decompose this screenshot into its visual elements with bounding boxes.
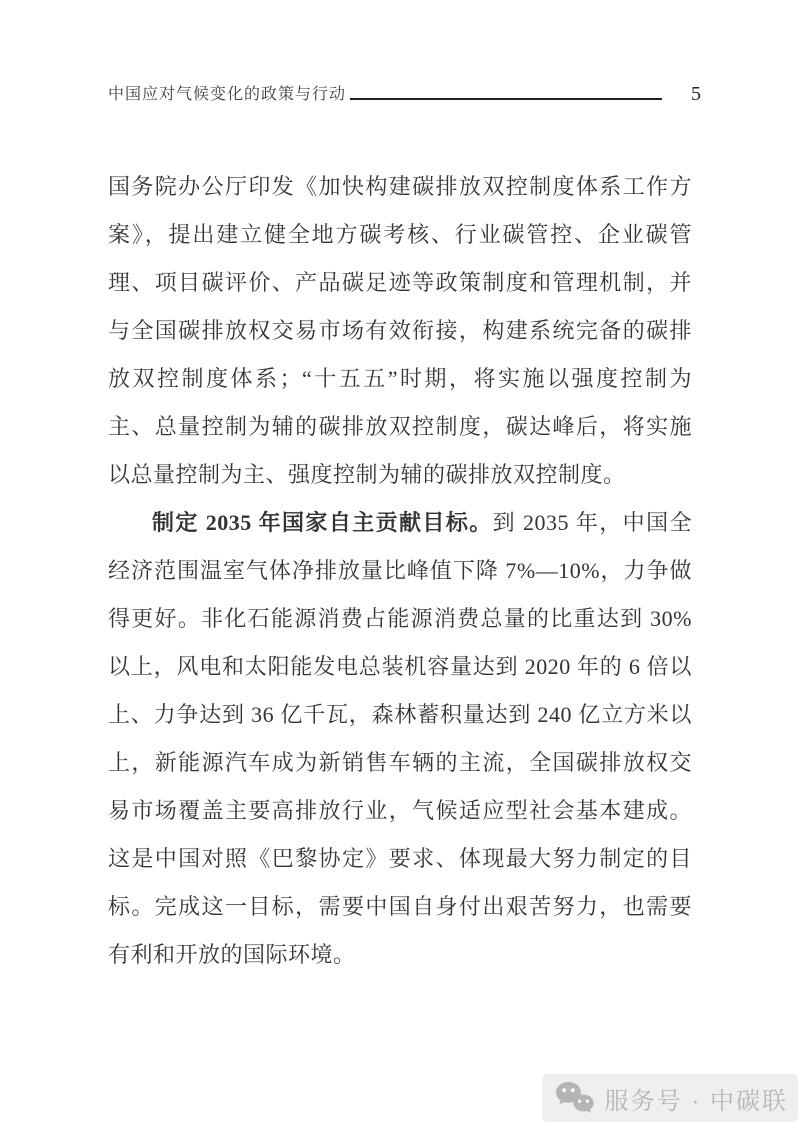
body-line: 制定 2035 年国家自主贡献目标。到 2035 年，中国全 bbox=[108, 499, 692, 547]
wechat-icon bbox=[554, 1080, 596, 1116]
body-line: 案》，提出建立健全地方碳考核、行业碳管控、企业碳管 bbox=[108, 211, 692, 259]
body-line: 这是中国对照《巴黎协定》要求、体现最大努力制定的目 bbox=[108, 835, 692, 883]
body-text-segment: 经济范围温室气体净排放量比峰值下降 7%—10%，力争做 bbox=[108, 558, 692, 583]
body-text-segment: 理、项目碳评价、产品碳足迹等政策制度和管理机制，并 bbox=[108, 270, 692, 295]
body-text-segment: 上，新能源汽车成为新销售车辆的主流，全国碳排放权交 bbox=[108, 750, 692, 775]
body-line: 得更好。非化石能源消费占能源消费总量的比重达到 30% bbox=[108, 595, 692, 643]
body-text-segment: 到 2035 年，中国全 bbox=[493, 510, 692, 535]
body-line: 经济范围温室气体净排放量比峰值下降 7%—10%，力争做 bbox=[108, 547, 692, 595]
body-text-segment: 国务院办公厅印发《加快构建碳排放双控制度体系工作方 bbox=[108, 174, 692, 199]
body-line: 易市场覆盖主要高排放行业，气候适应型社会基本建成。 bbox=[108, 787, 692, 835]
body-text-segment: 易市场覆盖主要高排放行业，气候适应型社会基本建成。 bbox=[108, 798, 692, 823]
body-line: 放双控制度体系；“十五五”时期，将实施以强度控制为 bbox=[108, 355, 692, 403]
body-line: 上、力争达到 36 亿千瓦，森林蓄积量达到 240 亿立方米以 bbox=[108, 691, 692, 739]
watermark-badge: 服务号 · 中碳联 bbox=[542, 1074, 798, 1122]
body-line: 与全国碳排放权交易市场有效衔接，构建系统完备的碳排 bbox=[108, 307, 692, 355]
body-text-segment: 与全国碳排放权交易市场有效衔接，构建系统完备的碳排 bbox=[108, 318, 692, 343]
body-line: 主、总量控制为辅的碳排放双控制度，碳达峰后，将实施 bbox=[108, 403, 692, 451]
body-text-segment: 主、总量控制为辅的碳排放双控制度，碳达峰后，将实施 bbox=[108, 414, 692, 439]
header-rule bbox=[350, 98, 662, 100]
body-text-segment: 放双控制度体系；“十五五”时期，将实施以强度控制为 bbox=[108, 366, 692, 391]
body-line: 以上，风电和太阳能发电总装机容量达到 2020 年的 6 倍以 bbox=[108, 643, 692, 691]
document-page: 中国应对气候变化的政策与行动 5 国务院办公厅印发《加快构建碳排放双控制度体系工… bbox=[0, 0, 800, 1130]
header-section-title: 中国应对气候变化的政策与行动 bbox=[108, 85, 346, 105]
body-text-segment: 案》，提出建立健全地方碳考核、行业碳管控、企业碳管 bbox=[108, 222, 692, 247]
body-text-segment: 上、力争达到 36 亿千瓦，森林蓄积量达到 240 亿立方米以 bbox=[108, 702, 692, 727]
body-line: 以总量控制为主、强度控制为辅的碳排放双控制度。 bbox=[108, 451, 692, 499]
body-text: 国务院办公厅印发《加快构建碳排放双控制度体系工作方案》，提出建立健全地方碳考核、… bbox=[108, 163, 692, 979]
body-line: 上，新能源汽车成为新销售车辆的主流，全国碳排放权交 bbox=[108, 739, 692, 787]
watermark-label: 服务号 · 中碳联 bbox=[605, 1081, 788, 1116]
body-line: 理、项目碳评价、产品碳足迹等政策制度和管理机制，并 bbox=[108, 259, 692, 307]
body-text-segment: 得更好。非化石能源消费占能源消费总量的比重达到 30% bbox=[108, 606, 692, 631]
page-number: 5 bbox=[691, 83, 701, 106]
body-text-segment: 以上，风电和太阳能发电总装机容量达到 2020 年的 6 倍以 bbox=[108, 654, 692, 679]
body-text-segment: 标。完成这一目标，需要中国自身付出艰苦努力，也需要 bbox=[108, 894, 692, 919]
bold-lead-text: 制定 2035 年国家自主贡献目标。 bbox=[152, 510, 493, 535]
body-line: 国务院办公厅印发《加快构建碳排放双控制度体系工作方 bbox=[108, 163, 692, 211]
body-line: 有利和开放的国际环境。 bbox=[108, 931, 692, 979]
body-text-segment: 以总量控制为主、强度控制为辅的碳排放双控制度。 bbox=[108, 462, 626, 487]
body-text-segment: 这是中国对照《巴黎协定》要求、体现最大努力制定的目 bbox=[108, 846, 692, 871]
body-line: 标。完成这一目标，需要中国自身付出艰苦努力，也需要 bbox=[108, 883, 692, 931]
body-text-segment: 有利和开放的国际环境。 bbox=[108, 942, 356, 967]
